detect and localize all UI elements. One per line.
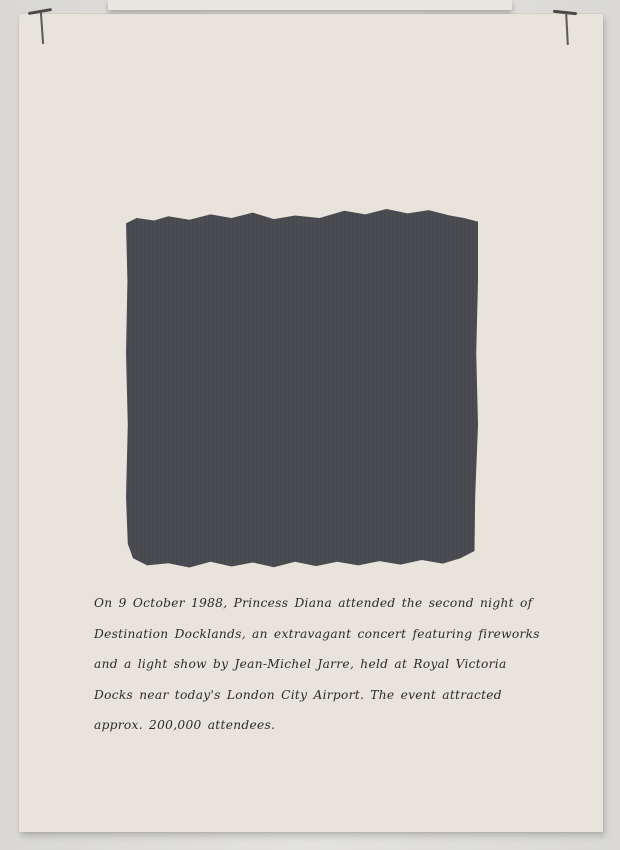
artwork-paper-sheet: On 9 October 1988, Princess Diana attend… bbox=[19, 14, 603, 832]
caption-line: Docks near today's London City Airport. … bbox=[94, 680, 554, 711]
caption-line: On 9 October 1988, Princess Diana attend… bbox=[94, 588, 554, 619]
handwritten-caption: On 9 October 1988, Princess Diana attend… bbox=[94, 588, 554, 741]
adjacent-artwork-edge bbox=[108, 0, 512, 10]
caption-line: Destination Docklands, an extravagant co… bbox=[94, 619, 554, 650]
painted-grey-square bbox=[126, 209, 478, 569]
pin-right-icon bbox=[553, 11, 577, 51]
caption-line: approx. 200,000 attendees. bbox=[94, 710, 554, 741]
pin-left-icon bbox=[28, 10, 52, 50]
caption-line: and a light show by Jean-Michel Jarre, h… bbox=[94, 649, 554, 680]
